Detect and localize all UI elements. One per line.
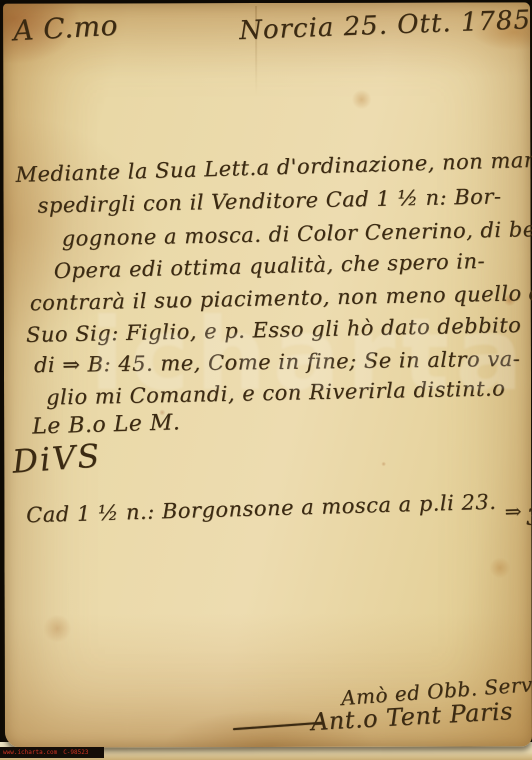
letter-line: Suo Sig: Figlio, e p. Esso gli hò dato d…: [26, 313, 522, 347]
vendor-label: www.icharta.com C-98523: [0, 747, 104, 758]
account-amount: 3:45 —: [526, 502, 532, 530]
letter-line: spedirgli con il Venditore Cad 1 ½ n: Bo…: [37, 184, 501, 217]
letter-line: di ⇒ B: 45. me, Come in fine; Se in altr…: [34, 347, 521, 377]
scanned-letter-image: A C.mo Norcia 25. Ott. 1785 Mediante la …: [0, 0, 532, 760]
letter-body: Mediante la Sua Lett.a d'ordinazione, no…: [3, 2, 530, 3]
letter-closing-line: Le B.o Le M.: [32, 410, 181, 439]
valediction-initials: DiVS: [11, 436, 102, 480]
account-line: Cad 1 ½ n.: Borgonsone a mosca a p.li 23…: [26, 486, 532, 545]
dateline: Norcia 25. Ott. 1785: [239, 5, 532, 46]
account-item: Cad 1 ½ n.: Borgonsone a mosca a p.li 23…: [26, 490, 497, 528]
account-arrow: ⇒: [504, 499, 522, 523]
signature-block: Amò ed Obb. Serv.e Ant.o Tent Paris: [3, 2, 530, 3]
signature-flourish: [233, 722, 323, 731]
vendor-item-code: C-98523: [63, 750, 88, 756]
letter-line: contrarà il suo piacimento, non meno que…: [30, 281, 532, 316]
letter-line: Mediante la Sua Lett.a d'ordinazione, no…: [15, 147, 532, 187]
letter-line: Opera edi ottima qualità, che spero in-: [53, 249, 485, 283]
letter-paper: A C.mo Norcia 25. Ott. 1785 Mediante la …: [3, 2, 532, 747]
letter-line: glio mi Comandi, e con Riverirla distint…: [46, 376, 506, 409]
letter-line: gognone a mosca. di Color Cenerino, di b…: [61, 217, 532, 251]
vendor-site-url: www.icharta.com: [3, 750, 57, 756]
salutation-monogram: A C.mo: [12, 9, 119, 48]
